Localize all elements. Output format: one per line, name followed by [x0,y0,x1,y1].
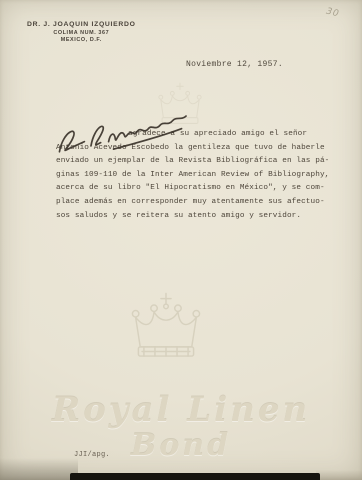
body-line: ginas 109-110 de la Inter American Revie… [56,169,322,183]
body-line: place además en corresponder muy atentam… [56,196,322,210]
page-corner-shadow [0,458,78,480]
pencil-annotation: 30 [325,7,340,20]
letterhead-address-city: MEXICO, D.F. [27,37,136,43]
body-line: sos saludos y se reitera su atento amigo… [56,210,322,224]
watermark-text-royal-linen: Royal Linen [0,390,362,430]
date-line: Noviembre 12, 1957. [186,60,283,69]
crown-watermark-icon [120,288,212,374]
letterhead: DR. J. JOAQUIN IZQUIERDO COLIMA NUM. 367… [27,21,136,43]
letterhead-name: DR. J. JOAQUIN IZQUIERDO [27,21,136,28]
page-edge-shadow [316,470,362,480]
reference-initials: JJI/apg. [74,451,110,459]
letterhead-address-street: COLIMA NUM. 367 [27,30,136,36]
scanner-edge-strip [70,473,320,480]
body-line: acerca de su libro "El Hipocratismo en M… [56,182,322,196]
scanned-letter-page: 30 DR. J. JOAQUIN IZQUIERDO COLIMA NUM. … [0,0,362,480]
